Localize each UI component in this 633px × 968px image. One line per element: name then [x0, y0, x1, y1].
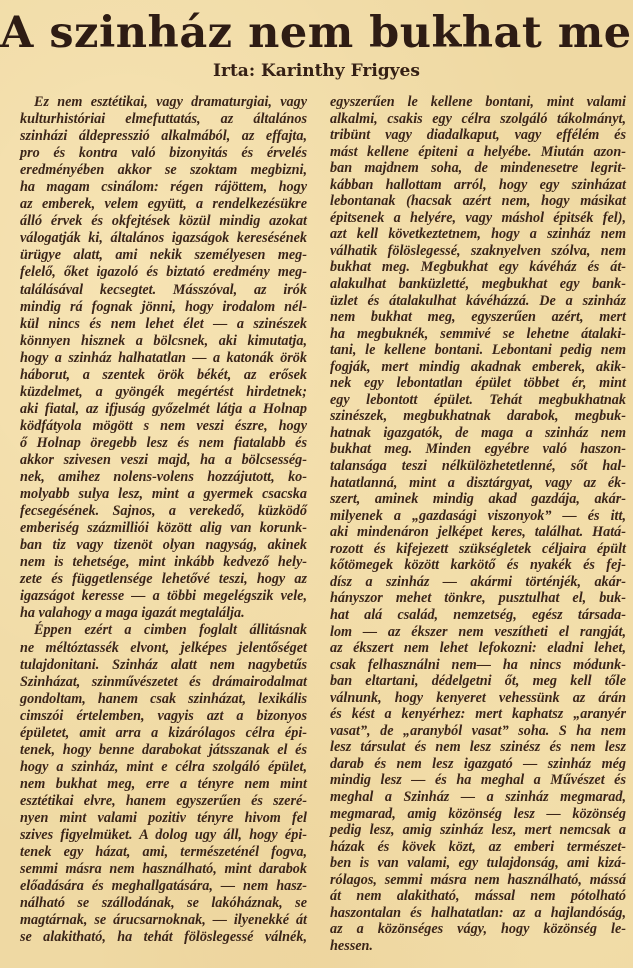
text-line: ha magam csinálom: régen rájöttem, hogy [20, 179, 307, 196]
article-title: A szinház nem bukhat meg [0, 8, 633, 58]
text-line: át nem alakitható, mással nem pótolható [330, 888, 626, 905]
text-line: mindig lesz — és ha meghal a Művészet és [330, 772, 626, 789]
text-line: és kést a kenyérhez: mert kaphatsz „aran… [330, 706, 626, 723]
text-line: molyabb sulya lesz, mint a gyermek csacs… [20, 486, 307, 503]
text-line: ban majdnem soha, de mindenesetre legrit… [330, 160, 626, 177]
text-line: nálható se szállodának, se lakóháznak, s… [20, 895, 307, 912]
text-line: hogy a szinház, mint e célra szolgáló ép… [20, 759, 307, 776]
text-line: egy lebontott épület. Tehát megbukhatnak [330, 392, 626, 409]
text-line: Ez nem esztétikai, vagy dramaturgiai, va… [20, 94, 307, 111]
text-line: tulajdonitani. Szinház alatt nem nagybet… [20, 657, 307, 674]
text-line: magtárnak, se árucsarnoknak, — ilyenekké… [20, 912, 307, 929]
text-line: ne méltóztassék elvont, jelképes jelentő… [20, 640, 307, 657]
text-line: álló érvek és okfejtések közül mindig az… [20, 213, 307, 230]
text-line: fecsegésének. Sajnos, a verekedő, küzköd… [20, 503, 307, 520]
text-line: semmi másra nem használható, mint darabo… [20, 861, 307, 878]
text-line: zete és függetlensége lehetővé teszi, ho… [20, 571, 307, 588]
text-line: tani, le kellene bontani. Lebontani pedi… [330, 342, 626, 359]
text-line: ha valahogy a maga igazát megtalálja. [20, 605, 307, 622]
text-line: kőtömegek között karkötő és nyakék és fe… [330, 557, 626, 574]
text-line: emberiség százmilliói között alig van ko… [20, 520, 307, 537]
text-line: az emberek, velem együtt, a rendelkezésü… [20, 196, 307, 213]
text-line: háborut, a szentek örök békét, az erősek [20, 367, 307, 384]
text-line: ürügye alatt, ami nekik személyesen meg- [20, 247, 307, 264]
text-line: aki mindenáron jelképet keres, találhat.… [330, 524, 626, 541]
text-line: szinházi áldepresszió alkalmából, az eff… [20, 128, 307, 145]
text-line: se alakitható, ha tehát fölöslegessé vál… [20, 929, 307, 946]
text-line: épitsenek a helyére, vagy máshol épitsék… [330, 210, 626, 227]
text-line: tenek, hogy benne darabokat játsszanak e… [20, 742, 307, 759]
text-line: hatnak igazgatók, de maga a szinház nem [330, 425, 626, 442]
text-line: bukhat meg. Megbukhat egy kávéház és át- [330, 259, 626, 276]
text-line: aki fiatal, az ifjuság győzelmét látja a… [20, 401, 307, 418]
text-line: dísz a szinház — akármi történjék, akár- [330, 574, 626, 591]
text-line: mást kellene épiteni a helyébe. Miután a… [330, 144, 626, 161]
text-line: találásával kecsegtet. Másszóval, az iró… [20, 282, 307, 299]
text-line: akkor szivesen veszi majd, ha a bölcsess… [20, 452, 307, 469]
text-line: válhatik fölöslegessé, szaknyelven szólv… [330, 243, 626, 260]
text-line: kül nincs és nem lehet élet — a szinésze… [20, 316, 307, 333]
text-line: tenek egy házat, ami, természeténél fogv… [20, 844, 307, 861]
text-line: milyenek a „gazdasági viszonyok” — és it… [330, 508, 626, 525]
text-line: könnyen hisznek a bölcsnek, aki kimutatj… [20, 333, 307, 350]
text-line: alkalmi, csakis egy célra szolgáló tákol… [330, 111, 626, 128]
text-column-left: Ez nem esztétikai, vagy dramaturgiai, va… [20, 94, 307, 946]
text-line: nem bukhat meg, egyszerűen azért, mert [330, 309, 626, 326]
text-line: talansága teszi nélkülözhetetlenné, sőt … [330, 458, 626, 475]
text-line: az ékszert nem lehet lefokozni: eladni l… [330, 640, 626, 657]
text-line: válnunk, hogy kenyeret vehessünk az árán [330, 690, 626, 707]
text-line: rólagos, semmi másra nem használható, má… [330, 872, 626, 889]
text-line: mindig rá fognak jönni, hogy irodalom né… [20, 299, 307, 316]
text-line: válogatják ki, általános igazságok keres… [20, 230, 307, 247]
text-column-right: egyszerűen le kellene bontani, mint vala… [330, 94, 626, 954]
text-line: rozott és kifejezett szükségletek céljai… [330, 541, 626, 558]
text-line: csak felhasználni nem— ha nincs módunk- [330, 657, 626, 674]
text-line: lesz társulat és nem lesz szinész és nem… [330, 739, 626, 756]
text-line: ködfátyola mögött s nem veszi észre, hog… [20, 418, 307, 435]
text-line: lom — az ékszer nem veszítheti el rangjá… [330, 624, 626, 641]
text-line: alakulhat banküzletté, megbukhat egy ban… [330, 276, 626, 293]
text-line: nem bukhat meg, erre a tényre nem mint [20, 776, 307, 793]
text-line: szinészek, megbukhatnak darabok, megbuk- [330, 408, 626, 425]
text-line: Éppen ezért a cimben foglalt állitásnak [20, 622, 307, 639]
text-line: eredményében akkor se szoktam megbizni, [20, 162, 307, 179]
text-line: bukhat meg. Minden egyébre való haszon- [330, 441, 626, 458]
text-line: haszontalan és halhatatlan: az a hajland… [330, 905, 626, 922]
text-line: nyen mint valami pozitiv tényre hivom fe… [20, 810, 307, 827]
text-line: az a közönséges vágy, hogy közönség le- [330, 921, 626, 938]
text-line: kábban hallottam arról, hogy egy szinház… [330, 177, 626, 194]
article-byline: Irta: Karinthy Frigyes [0, 59, 633, 83]
text-line: azt kell következtetnem, hogy a szinház … [330, 226, 626, 243]
text-line: felelő, őket igazoló és biztató eredmény… [20, 264, 307, 281]
text-line: nek, amihez nolens-volens hozzájutott, k… [20, 469, 307, 486]
text-line: esztétikai elvre, hanem egyszerűen és sz… [20, 793, 307, 810]
text-line: előadására és meghallgatására, — nem has… [20, 878, 307, 895]
text-line: darab és nem lesz igazgató — szinház még [330, 756, 626, 773]
text-line: kulturhistóriai elmefuttatás, az általán… [20, 111, 307, 128]
text-line: fogják, mert mindig akadnak emberek, aki… [330, 359, 626, 376]
text-line: hányszor mehet tönkre, pusztulhat el, bu… [330, 590, 626, 607]
text-line: cimszói értelemben, vagyis azt a bizonyo… [20, 708, 307, 725]
text-line: hatatlanná, mint a disztárgyat, vagy az … [330, 475, 626, 492]
text-line: küzdelmet, a gyöngék megértést hirdetnek… [20, 384, 307, 401]
text-line: szives figyelmüket. A dolog ugy áll, hog… [20, 827, 307, 844]
text-line: igazságot keresse — a többi megelégszik … [20, 588, 307, 605]
text-line: tribünt vagy diadalkaput, vagy efféléт é… [330, 127, 626, 144]
text-line: hessen. [330, 938, 626, 955]
text-line: ban tiz vagy tizenöt olyan nagyság, akin… [20, 537, 307, 554]
text-line: nem is tehetsége, mint inkább kedvező he… [20, 554, 307, 571]
text-line: meghal a Szinház — a szinház megmarad, [330, 789, 626, 806]
text-line: ő Holnap öregebb lesz és nem fiatalabb é… [20, 435, 307, 452]
text-line: szert, aminek mindig akad gazdája, akár- [330, 491, 626, 508]
text-line: gondoltam, hanem csak szinházat, lexikál… [20, 691, 307, 708]
text-line: hat alá család, nemzetség, egész társada… [330, 607, 626, 624]
text-line: ben is van valami, egy tulajdonság, ami … [330, 855, 626, 872]
text-line: vasat”, de „aranyból vasat” soha. S ha n… [330, 723, 626, 740]
text-line: egyszerűen le kellene bontani, mint vala… [330, 94, 626, 111]
text-line: ban eltartani, dédelgetni őt, meg kell t… [330, 673, 626, 690]
text-line: pedig lesz, amig szinház lesz, mert nemc… [330, 822, 626, 839]
text-line: hogy a szinház halhatatlan — a katonák ö… [20, 350, 307, 367]
text-line: ha megbuknék, semmivé se lehetne átalaki… [330, 326, 626, 343]
text-line: nek egy lebontatlan épület többet ér, mi… [330, 375, 626, 392]
text-line: pro és kontra való bizonyitás és érvelés [20, 145, 307, 162]
text-line: házak és kövek közt, az emberi természet… [330, 839, 626, 856]
text-line: Szinházat, szinművészetet és drámairodal… [20, 674, 307, 691]
text-line: üzlet és átalakulhat kávéházzá. De a szi… [330, 293, 626, 310]
text-line: megmarad, amig közönség lesz — közönség [330, 806, 626, 823]
text-line: épületet, amit arra a kizárólagos célra … [20, 725, 307, 742]
text-line: lebontanak (hacsak azért nem, hogy másik… [330, 193, 626, 210]
